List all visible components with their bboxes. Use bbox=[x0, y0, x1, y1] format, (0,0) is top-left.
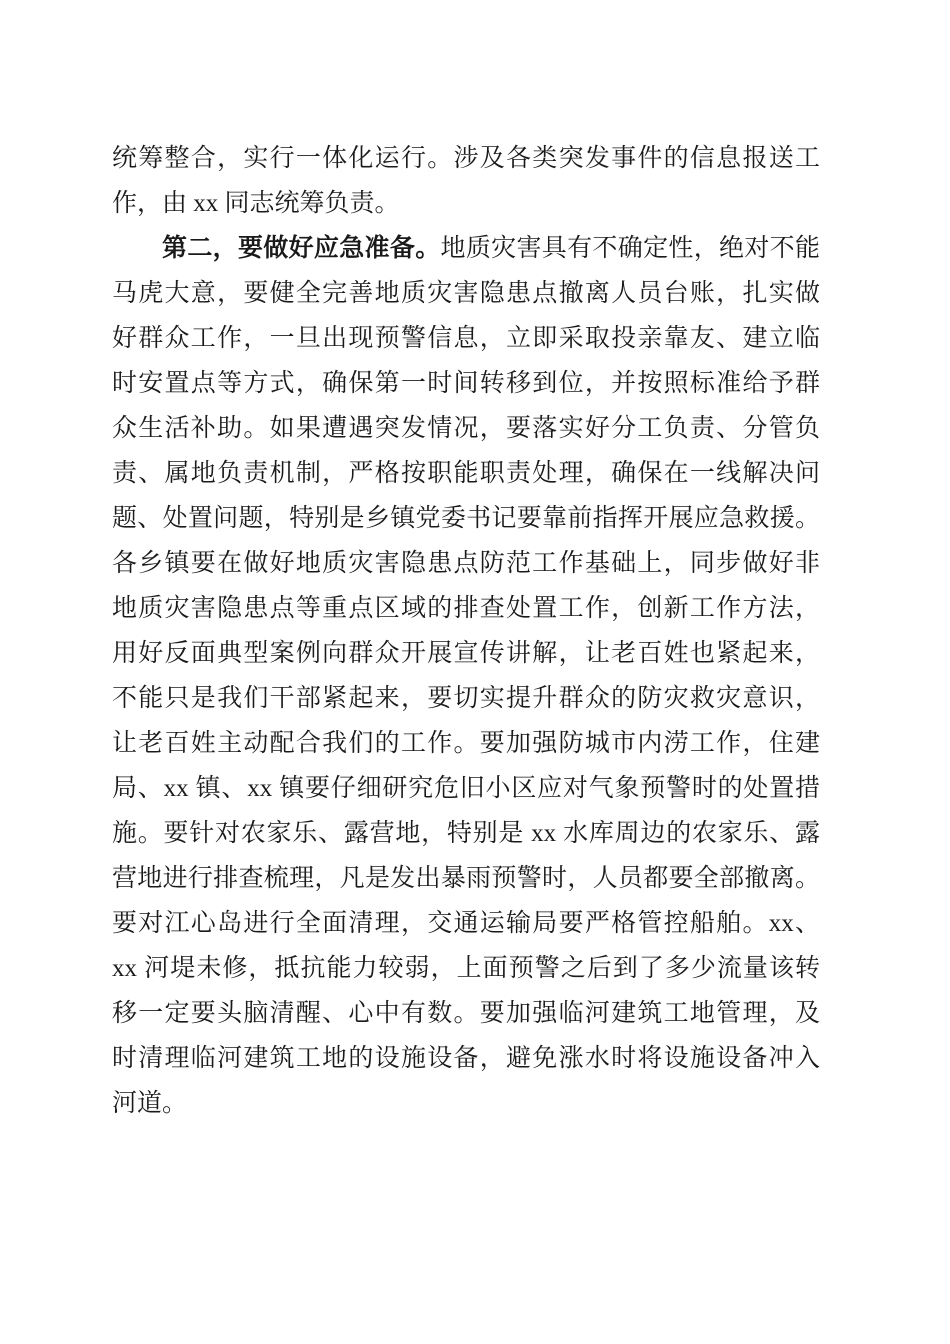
paragraph-1-last-line: 作，由 xx 同志统筹负责。 bbox=[112, 181, 820, 226]
paragraph-1-line: 统筹整合，实行一体化运行。涉及各类突发事件的信息报送工 bbox=[112, 136, 820, 181]
paragraph-2-line: 用好反面典型案例向群众开展宣传讲解，让老百姓也紧起来， bbox=[112, 631, 820, 676]
paragraph-2-line: 让老百姓主动配合我们的工作。要加强防城市内涝工作，住建 bbox=[112, 721, 820, 766]
paragraph-2-line: 地质灾害隐患点等重点区域的排查处置工作，创新工作方法， bbox=[112, 586, 820, 631]
document-body: 统筹整合，实行一体化运行。涉及各类突发事件的信息报送工 作，由 xx 同志统筹负… bbox=[112, 136, 820, 1126]
paragraph-2-line: 局、xx 镇、xx 镇要仔细研究危旧小区应对气象预警时的处置措 bbox=[112, 766, 820, 811]
paragraph-2-line: 要对江心岛进行全面清理，交通运输局要严格管控船舶。xx、 bbox=[112, 901, 820, 946]
paragraph-2-line: 营地进行排查梳理，凡是发出暴雨预警时，人员都要全部撤离。 bbox=[112, 856, 820, 901]
paragraph-2-line: 移一定要头脑清醒、心中有数。要加强临河建筑工地管理，及 bbox=[112, 991, 820, 1036]
paragraph-2-line: 好群众工作，一旦出现预警信息，立即采取投亲靠友、建立临 bbox=[112, 316, 820, 361]
paragraph-2-line: 施。要针对农家乐、露营地，特别是 xx 水库周边的农家乐、露 bbox=[112, 811, 820, 856]
document-page: 统筹整合，实行一体化运行。涉及各类突发事件的信息报送工 作，由 xx 同志统筹负… bbox=[0, 0, 950, 1344]
paragraph-2-heading: 第二，要做好应急准备。 bbox=[162, 235, 441, 262]
paragraph-2-line: 各乡镇要在做好地质灾害隐患点防范工作基础上，同步做好非 bbox=[112, 541, 820, 586]
paragraph-2-line: 责、属地负责机制，严格按职能职责处理，确保在一线解决问 bbox=[112, 451, 820, 496]
paragraph-2-line: 不能只是我们干部紧起来，要切实提升群众的防灾救灾意识， bbox=[112, 676, 820, 721]
paragraph-2-line: 题、处置问题，特别是乡镇党委书记要靠前指挥开展应急救援。 bbox=[112, 496, 820, 541]
paragraph-2-line: 时安置点等方式，确保第一时间转移到位，并按照标准给予群 bbox=[112, 361, 820, 406]
paragraph-2-line: 时清理临河建筑工地的设施设备，避免涨水时将设施设备冲入 bbox=[112, 1036, 820, 1081]
paragraph-2-line: 马虎大意，要健全完善地质灾害隐患点撤离人员台账，扎实做 bbox=[112, 271, 820, 316]
paragraph-2-line: xx 河堤未修，抵抗能力较弱，上面预警之后到了多少流量该转 bbox=[112, 946, 820, 991]
paragraph-2-lead-rest: 地质灾害具有不确定性，绝对不能 bbox=[441, 235, 820, 262]
paragraph-2-last-line: 河道。 bbox=[112, 1081, 820, 1126]
paragraph-2-line: 众生活补助。如果遭遇突发情况，要落实好分工负责、分管负 bbox=[112, 406, 820, 451]
paragraph-2-lead-line: 第二，要做好应急准备。地质灾害具有不确定性，绝对不能 bbox=[112, 226, 820, 271]
